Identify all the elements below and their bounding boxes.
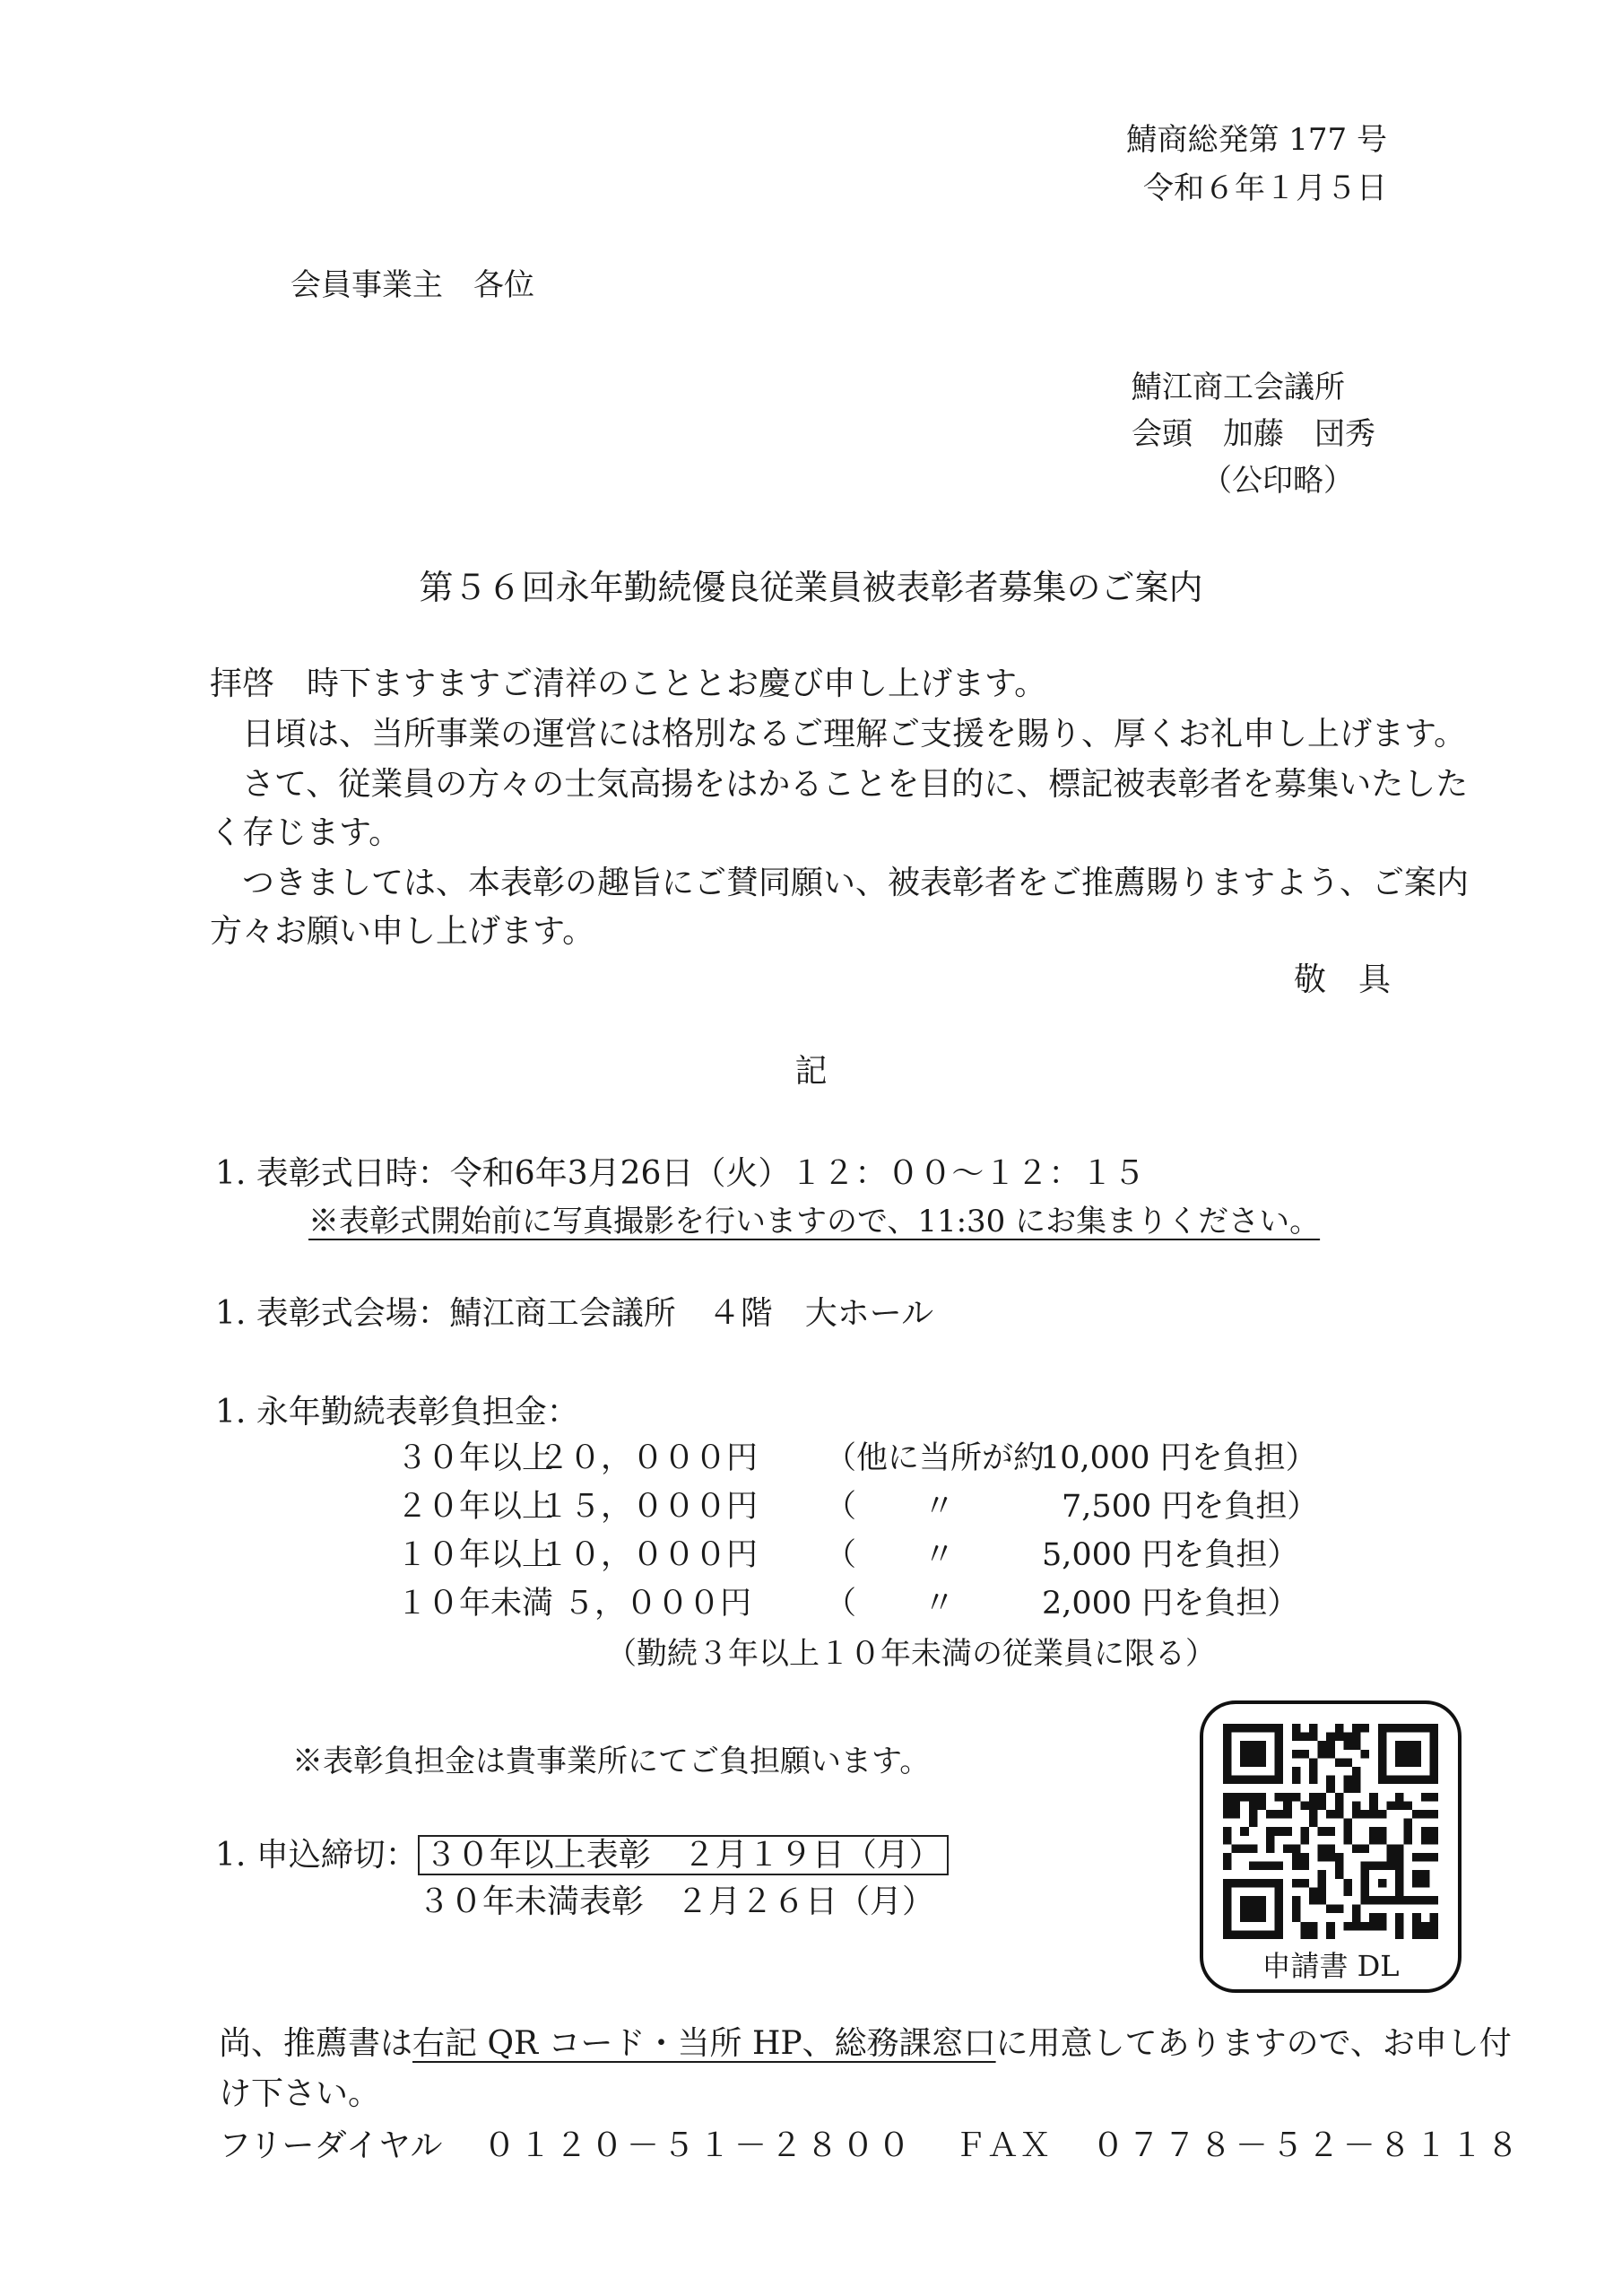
- deadline: 1. 申込締切：３０年以上表彰 ２月１９日（月）: [215, 1835, 949, 1876]
- fee-office-share: 5,000 円を負担）: [1042, 1535, 1298, 1575]
- body-line-5: つきましては、本表彰の趣旨にご賛同願い、被表彰者をご推薦賜りますよう、ご案内: [210, 863, 1469, 904]
- body-line-6: 方々お願い申し上げます。: [210, 911, 594, 952]
- contact-line: フリーダイヤル ０１２０－５１－２８００ ＦＡＸ ０７７８－５２－８１１８: [219, 2126, 1522, 2167]
- sender-representative: 会頭 加藤 団秀: [1132, 414, 1375, 454]
- venue-value: 鯖江商工会議所 ４階 大ホール: [450, 1295, 933, 1332]
- qr-caption: 申請書 DL: [1203, 1948, 1458, 1984]
- footer-note: 尚、推薦書は右記 QR コード・当所 HP、総務課窓口に用意してありますので、お…: [219, 2023, 1512, 2065]
- fees-label: 1. 永年勤続表彰負担金：: [215, 1392, 579, 1433]
- addressee: 会員事業主 各位: [291, 265, 534, 305]
- fee-tenure: １０年以上: [396, 1535, 553, 1575]
- fee-condition: （勤続３年以上１０年未満の従業員に限る）: [606, 1634, 1216, 1674]
- footer-note-prefix: 尚、推薦書は: [219, 2025, 412, 2062]
- deadline-label: 1. 申込締切：: [215, 1837, 418, 1874]
- deadline-30plus: ３０年以上表彰 ２月１９日（月）: [418, 1835, 949, 1875]
- fee-open-paren: （: [825, 1487, 856, 1526]
- fee-amount: １５，０００円: [538, 1487, 758, 1526]
- body-line-1: 拝啓 時下ますますご清祥のこととお慶び申し上げます。: [210, 664, 1046, 705]
- footer-note-line2: け下さい。: [219, 2074, 380, 2115]
- footer-note-suffix: に用意してありますので、お申し付: [996, 2025, 1512, 2062]
- fee-tenure: ２０年以上: [396, 1487, 553, 1526]
- footer-note-locations: 右記 QR コード・当所 HP、総務課窓口: [412, 2025, 996, 2062]
- fee-office-share: 7,500 円を負担）: [1062, 1487, 1318, 1526]
- fee-row: １０年未満 ５，０００円 （ 〃 2,000 円を負担）: [0, 1584, 1622, 1625]
- seal-note: （公印略）: [1201, 461, 1354, 500]
- fee-amount: ２０，０００円: [538, 1439, 758, 1478]
- fee-open-paren: （: [825, 1535, 856, 1575]
- closing-keigu: 敬 具: [1294, 960, 1391, 1001]
- page-title: 第５６回永年勤続優良従業員被表彰者募集のご案内: [0, 565, 1622, 610]
- fee-open-paren: （: [825, 1584, 856, 1623]
- body-line-2: 日頃は、当所事業の運営には格別なるご理解ご支援を賜り、厚くお礼申し上げます。: [210, 714, 1466, 755]
- fee-ditto-mark: 〃: [924, 1535, 955, 1575]
- fee-amount: １０，０００円: [538, 1535, 758, 1575]
- deadline-under30: ３０年未満表彰 ２月２６日（月）: [418, 1882, 934, 1923]
- document-date: 令和６年１月５日: [1143, 169, 1387, 208]
- fax-number: ０７７８－５２－８１１８: [1092, 2127, 1522, 2164]
- fee-office-share: 10,000 円を負担）: [1040, 1439, 1317, 1478]
- photo-session-note: ※表彰式開始前に写真撮影を行いますので、11:30 にお集まりください。: [308, 1202, 1320, 1241]
- fee-office-share: 2,000 円を負担）: [1042, 1584, 1298, 1623]
- venue: 1. 表彰式会場：鯖江商工会議所 ４階 大ホール: [215, 1293, 933, 1335]
- fee-ditto-mark: 〃: [924, 1584, 955, 1623]
- fee-payment-note: ※表彰負担金は貴事業所にてご負担願います。: [292, 1742, 930, 1781]
- phone-label: フリーダイヤル: [219, 2127, 442, 2164]
- venue-label: 1. 表彰式会場：: [215, 1295, 450, 1332]
- qr-code-card[interactable]: 申請書 DL: [1200, 1700, 1462, 1993]
- fee-open-paren: （他に当所が約: [825, 1439, 1045, 1478]
- ceremony-datetime: 1. 表彰式日時：令和6年3月26日（火）１２：００～１２：１５: [215, 1153, 1145, 1195]
- phone-number[interactable]: ０１２０－５１－２８００: [483, 2127, 914, 2164]
- ceremony-datetime-label: 1. 表彰式日時：: [215, 1155, 450, 1192]
- fax-label: ＦＡＸ: [954, 2127, 1051, 2164]
- fee-tenure: ３０年以上: [396, 1439, 553, 1478]
- ki-heading: 記: [0, 1051, 1622, 1092]
- fee-tenure: １０年未満: [396, 1584, 553, 1623]
- body-line-3: さて、従業員の方々の士気高揚をはかることを目的に、標記被表彰者を募集いたした: [210, 764, 1468, 805]
- body-line-4: く存じます。: [210, 813, 401, 854]
- qr-code-icon[interactable]: [1223, 1724, 1438, 1939]
- ceremony-datetime-value: 令和6年3月26日（火）１２：００～１２：１５: [450, 1155, 1146, 1192]
- sender-organization: 鯖江商工会議所: [1132, 368, 1345, 407]
- fee-row: ３０年以上 ２０，０００円 （他に当所が約 10,000 円を負担）: [0, 1439, 1622, 1480]
- fee-row: ２０年以上 １５，０００円 （ 〃 7,500 円を負担）: [0, 1487, 1622, 1528]
- fee-amount: ５，０００円: [563, 1584, 751, 1623]
- document-number: 鯖商総発第 177 号: [1126, 120, 1387, 160]
- fee-ditto-mark: 〃: [924, 1487, 955, 1526]
- fee-row: １０年以上 １０，０００円 （ 〃 5,000 円を負担）: [0, 1535, 1622, 1577]
